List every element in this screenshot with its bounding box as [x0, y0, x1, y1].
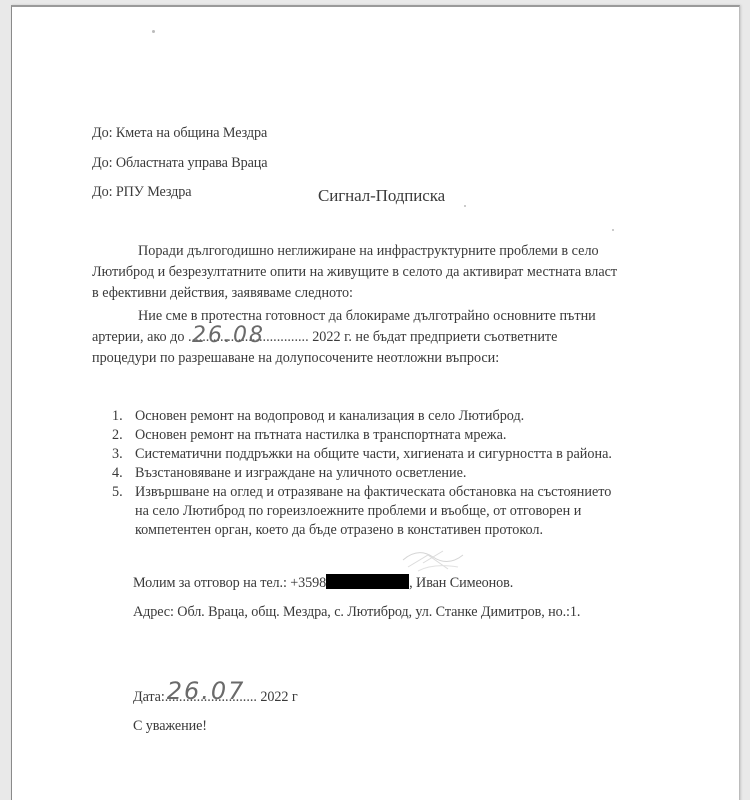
demand-text: компетентен орган, което да бъде отразен… — [135, 521, 612, 540]
date-year: 2022 г — [257, 689, 298, 705]
intro-line: Поради дългогодишно неглижиране на инфра… — [92, 241, 692, 262]
statement-line: процедури по разрешаване на долупосочени… — [92, 348, 692, 369]
demand-text: на село Лютиброд по гореизлоежните пробл… — [135, 502, 612, 521]
recipient-regional-administration: До: Областната управа Враца — [92, 155, 267, 172]
document-title: Сигнал-Подписка — [318, 186, 445, 206]
date-label: Дата: — [133, 689, 165, 705]
demand-item: 3.Систематични поддръжки на общите части… — [112, 445, 612, 464]
demand-item: 2.Основен ремонт на пътната настилка в т… — [112, 426, 612, 445]
demand-number: 1. — [112, 407, 123, 426]
scan-speck — [152, 30, 155, 33]
faint-stamp-mark — [398, 545, 468, 575]
demand-number: 5. — [112, 483, 123, 502]
closing-salutation: С уважение! — [133, 718, 207, 735]
statement-line: Ние сме в протестна готовност да блокира… — [92, 306, 692, 327]
demand-text: Възстановяване и изграждане на уличното … — [135, 464, 612, 483]
demand-number: 4. — [112, 464, 123, 483]
contact-name: , Иван Симеонов. — [409, 575, 513, 591]
scanned-document-page: До: Кмета на община Мездра До: Областнат… — [11, 5, 740, 800]
recipient-police: До: РПУ Мездра — [92, 184, 191, 201]
demand-number: 3. — [112, 445, 123, 464]
address-line: Адрес: Обл. Враца, общ. Мездра, с. Лютиб… — [133, 604, 580, 621]
contact-line: Молим за отговор на тел.: +3598, Иван Си… — [133, 574, 513, 592]
demand-text: Систематични поддръжки на общите части, … — [135, 445, 612, 464]
demands-list: 1.Основен ремонт на водопровод и канализ… — [112, 407, 612, 540]
intro-line: Лютиброд и безрезултатните опити на живу… — [92, 262, 692, 283]
date-line: Дата:..........................26.07 202… — [133, 689, 298, 706]
statement-prefix: артерии, ако до — [92, 329, 188, 345]
scan-speck — [612, 229, 614, 231]
statement-line: артерии, ако до ........................… — [92, 327, 692, 348]
scan-speck — [464, 205, 466, 207]
statement-paragraph: Ние сме в протестна готовност да блокира… — [92, 306, 692, 369]
demand-text: Основен ремонт на пътната настилка в тра… — [135, 426, 612, 445]
demand-text: Извършване на оглед и отразяване на факт… — [135, 483, 612, 502]
handwritten-deadline: 26.08 — [192, 325, 265, 346]
redacted-phone-number — [326, 574, 409, 589]
demand-item: 4.Възстановяване и изграждане на уличнот… — [112, 464, 612, 483]
statement-suffix: 2022 г. не бъдат предприети съответните — [309, 329, 558, 345]
contact-prefix: Молим за отговор на тел.: +3598 — [133, 575, 326, 591]
handwritten-date: 26.07 — [167, 677, 246, 705]
recipient-mayor: До: Кмета на община Мездра — [92, 125, 267, 142]
demand-text: Основен ремонт на водопровод и канализац… — [135, 407, 612, 426]
intro-paragraph: Поради дългогодишно неглижиране на инфра… — [92, 241, 692, 304]
demand-number: 2. — [112, 426, 123, 445]
demand-item: 1.Основен ремонт на водопровод и канализ… — [112, 407, 612, 426]
date-fill-field: ..........................26.07 — [165, 689, 257, 706]
intro-line: в ефективни действия, заявяваме следното… — [92, 283, 692, 304]
demand-item: 5.Извършване на оглед и отразяване на фа… — [112, 483, 612, 540]
deadline-fill-field: ..................................26.08 — [188, 327, 309, 348]
